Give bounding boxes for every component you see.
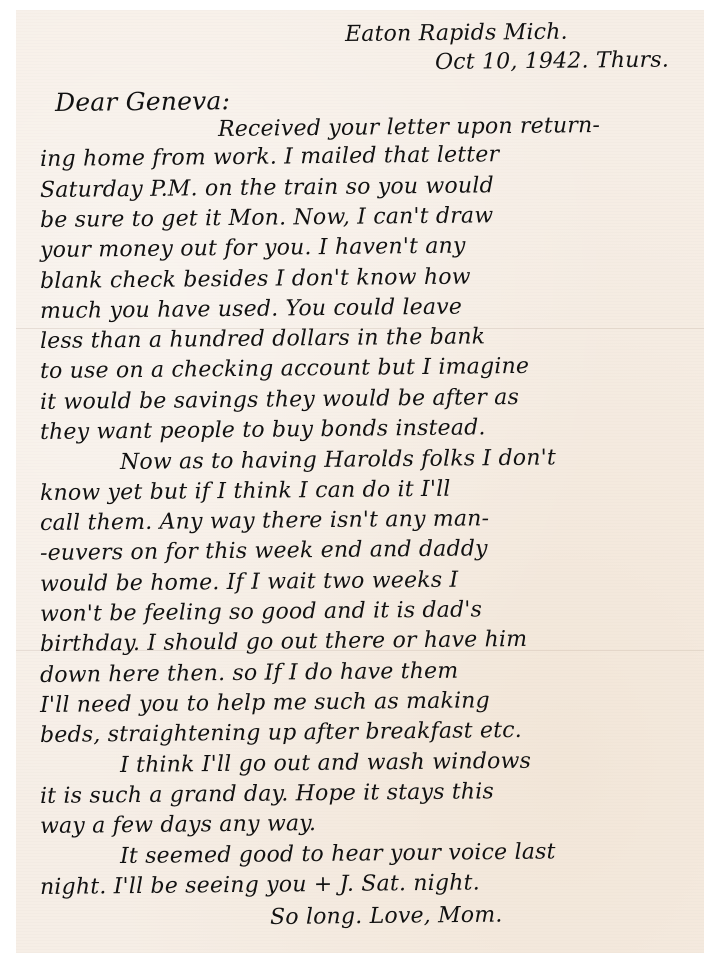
letter-line: Received your letter upon return- [218, 113, 600, 142]
letter-line: I'll need you to help me such as making [40, 688, 490, 718]
letter-line: it is such a grand day. Hope it stays th… [40, 779, 494, 809]
letter-line: would be home. If I wait two weeks I [40, 567, 459, 596]
letter-line: It seemed good to hear your voice last [120, 840, 556, 870]
letter-line: won't be feeling so good and it is dad's [40, 597, 482, 627]
letter-line: it would be savings they would be after … [40, 385, 519, 415]
letter-line: be sure to get it Mon. Now, I can't draw [40, 203, 494, 233]
letter-line: -euvers on for this week end and daddy [40, 537, 488, 567]
letter-line: night. I'll be seeing you + J. Sat. nigh… [40, 870, 480, 900]
letter-place: Eaton Rapids Mich. [345, 20, 568, 47]
letter-line: Saturday P.M. on the train so you would [40, 173, 494, 203]
letter-date: Oct 10, 1942. Thurs. [435, 48, 669, 75]
letter-closing: So long. Love, Mom. [270, 903, 503, 930]
letter-line: much you have used. You could leave [40, 294, 462, 323]
letter-line: down here then. so If I do have them [40, 658, 459, 687]
letter-line: less than a hundred dollars in the bank [40, 324, 486, 354]
letter-line: your money out for you. I haven't any [40, 234, 466, 263]
letter-line: they want people to buy bonds instead. [40, 415, 486, 445]
letter-salutation: Dear Geneva: [55, 86, 230, 117]
letter-line: way a few days any way. [40, 811, 316, 839]
letter-line: ing home from work. I mailed that letter [40, 142, 500, 172]
letter-line: know yet but if I think I can do it I'll [40, 476, 451, 505]
letter-line: Now as to having Harolds folks I don't [120, 446, 556, 476]
letter-line: I think I'll go out and wash windows [120, 749, 531, 778]
letter-line: call them. Any way there isn't any man- [40, 506, 490, 536]
letter-line: blank check besides I don't know how [40, 264, 471, 294]
letter-line: beds, straightening up after breakfast e… [40, 718, 522, 748]
